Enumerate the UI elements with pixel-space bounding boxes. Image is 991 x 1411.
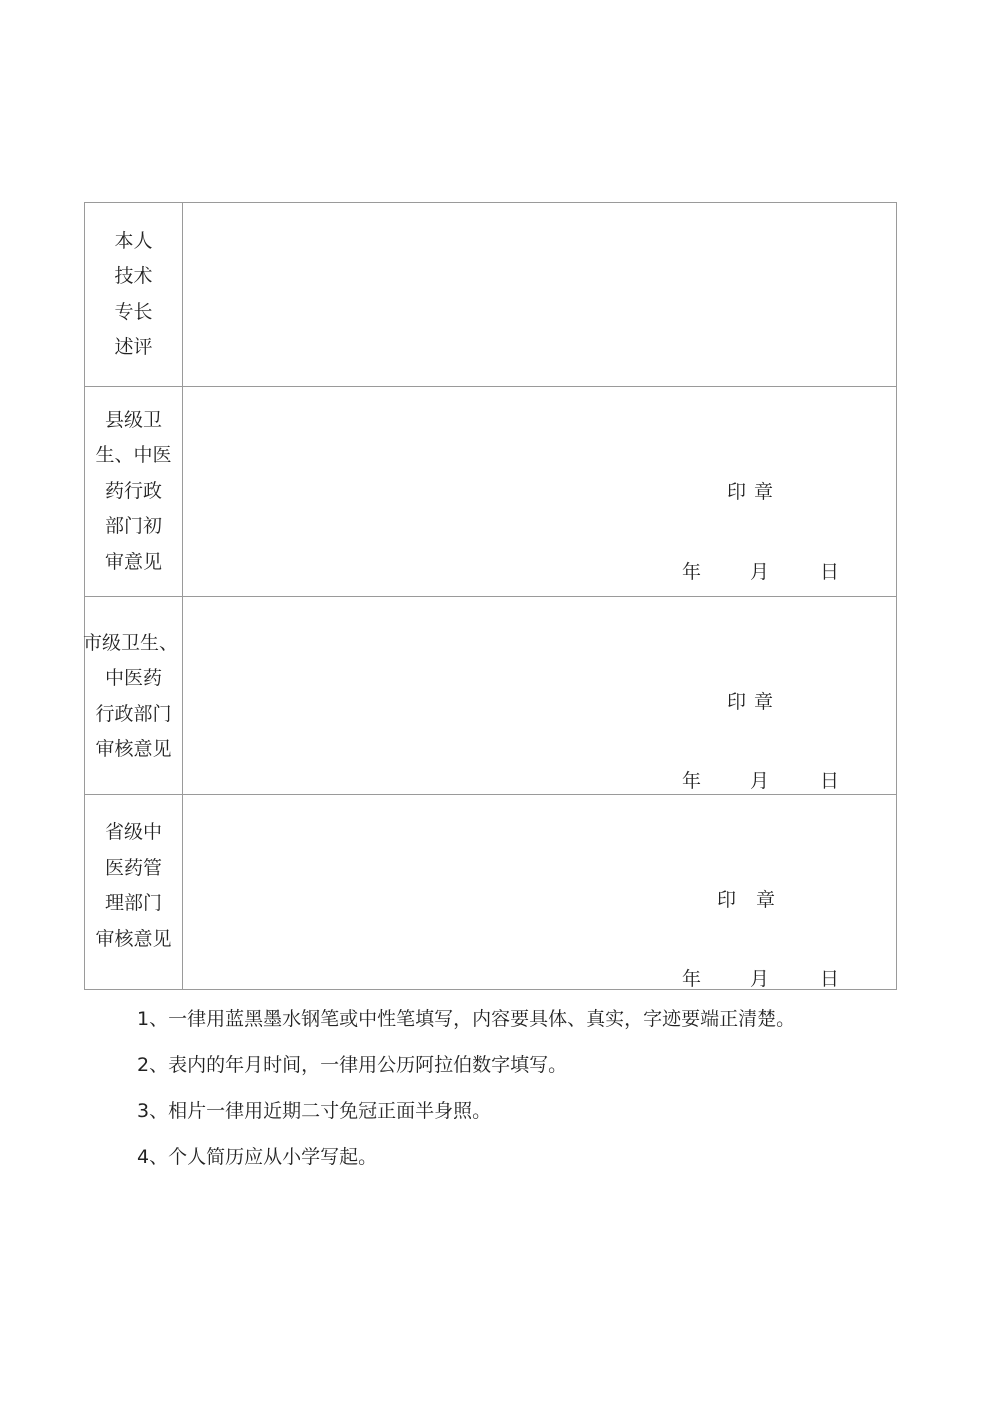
- year-label: 年: [682, 557, 701, 584]
- form-table: 本人 技术 专长 述评 县级卫 生、中医 药行政 部门初 审意见 印章 年 月 …: [84, 202, 897, 990]
- row-county-review: 县级卫 生、中医 药行政 部门初 审意见 印章 年 月 日: [85, 386, 896, 596]
- instruction-item: 3、相片一律用近期二寸免冠正面半身照。: [137, 1100, 795, 1146]
- instructions-list: 1、一律用蓝黑墨水钢笔或中性笔填写，内容要具体、真实，字迹要端正清楚。 2、表内…: [137, 1008, 795, 1192]
- instruction-item: 2、表内的年月时间，一律用公历阿拉伯数字填写。: [137, 1054, 795, 1100]
- province-opinion-field[interactable]: 印章 年 月 日: [183, 795, 896, 989]
- instruction-item: 1、一律用蓝黑墨水钢笔或中性笔填写，内容要具体、真实，字迹要端正清楚。: [137, 1008, 795, 1054]
- month-label: 月: [750, 964, 769, 991]
- label-line: 专长: [114, 295, 152, 331]
- label-line: 技术: [114, 259, 152, 295]
- label-line: 药行政: [105, 474, 162, 510]
- year-label: 年: [682, 964, 701, 991]
- city-opinion-field[interactable]: 印章 年 月 日: [183, 597, 896, 794]
- seal-label: 印章: [717, 885, 775, 912]
- label-line: 省级中: [105, 815, 162, 851]
- row-label: 本人 技术 专长 述评: [85, 203, 183, 386]
- label-line: 生、中医: [95, 438, 171, 474]
- label-line: 审意见: [105, 545, 162, 581]
- row-city-review: 市级卫生、 中医药 行政部门 审核意见 印章 年 月 日: [85, 596, 896, 794]
- seal-label: 印章: [727, 477, 773, 504]
- seal-label: 印章: [727, 687, 773, 714]
- row-label: 市级卫生、 中医药 行政部门 审核意见: [85, 597, 183, 794]
- label-line: 医药管: [105, 851, 162, 887]
- label-line: 述评: [114, 330, 152, 366]
- year-label: 年: [682, 766, 701, 793]
- label-line: 理部门: [105, 886, 162, 922]
- label-line: 部门初: [105, 509, 162, 545]
- label-line: 行政部门: [95, 697, 171, 733]
- row-label: 县级卫 生、中医 药行政 部门初 审意见: [85, 387, 183, 596]
- row-province-review: 省级中 医药管 理部门 审核意见 印章 年 月 日: [85, 794, 896, 989]
- county-opinion-field[interactable]: 印章 年 月 日: [183, 387, 896, 596]
- label-line: 本人: [114, 224, 152, 260]
- expertise-field[interactable]: [183, 203, 896, 386]
- label-line: 审核意见: [95, 922, 171, 958]
- month-label: 月: [750, 557, 769, 584]
- label-line: 审核意见: [95, 732, 171, 768]
- day-label: 日: [820, 964, 839, 991]
- day-label: 日: [820, 557, 839, 584]
- row-technical-expertise: 本人 技术 专长 述评: [85, 203, 896, 386]
- label-line: 县级卫: [105, 403, 162, 439]
- instruction-item: 4、个人简历应从小学写起。: [137, 1146, 795, 1192]
- row-label: 省级中 医药管 理部门 审核意见: [85, 795, 183, 989]
- day-label: 日: [820, 766, 839, 793]
- month-label: 月: [750, 766, 769, 793]
- label-line: 中医药: [105, 661, 162, 697]
- label-line: 市级卫生、: [83, 626, 178, 662]
